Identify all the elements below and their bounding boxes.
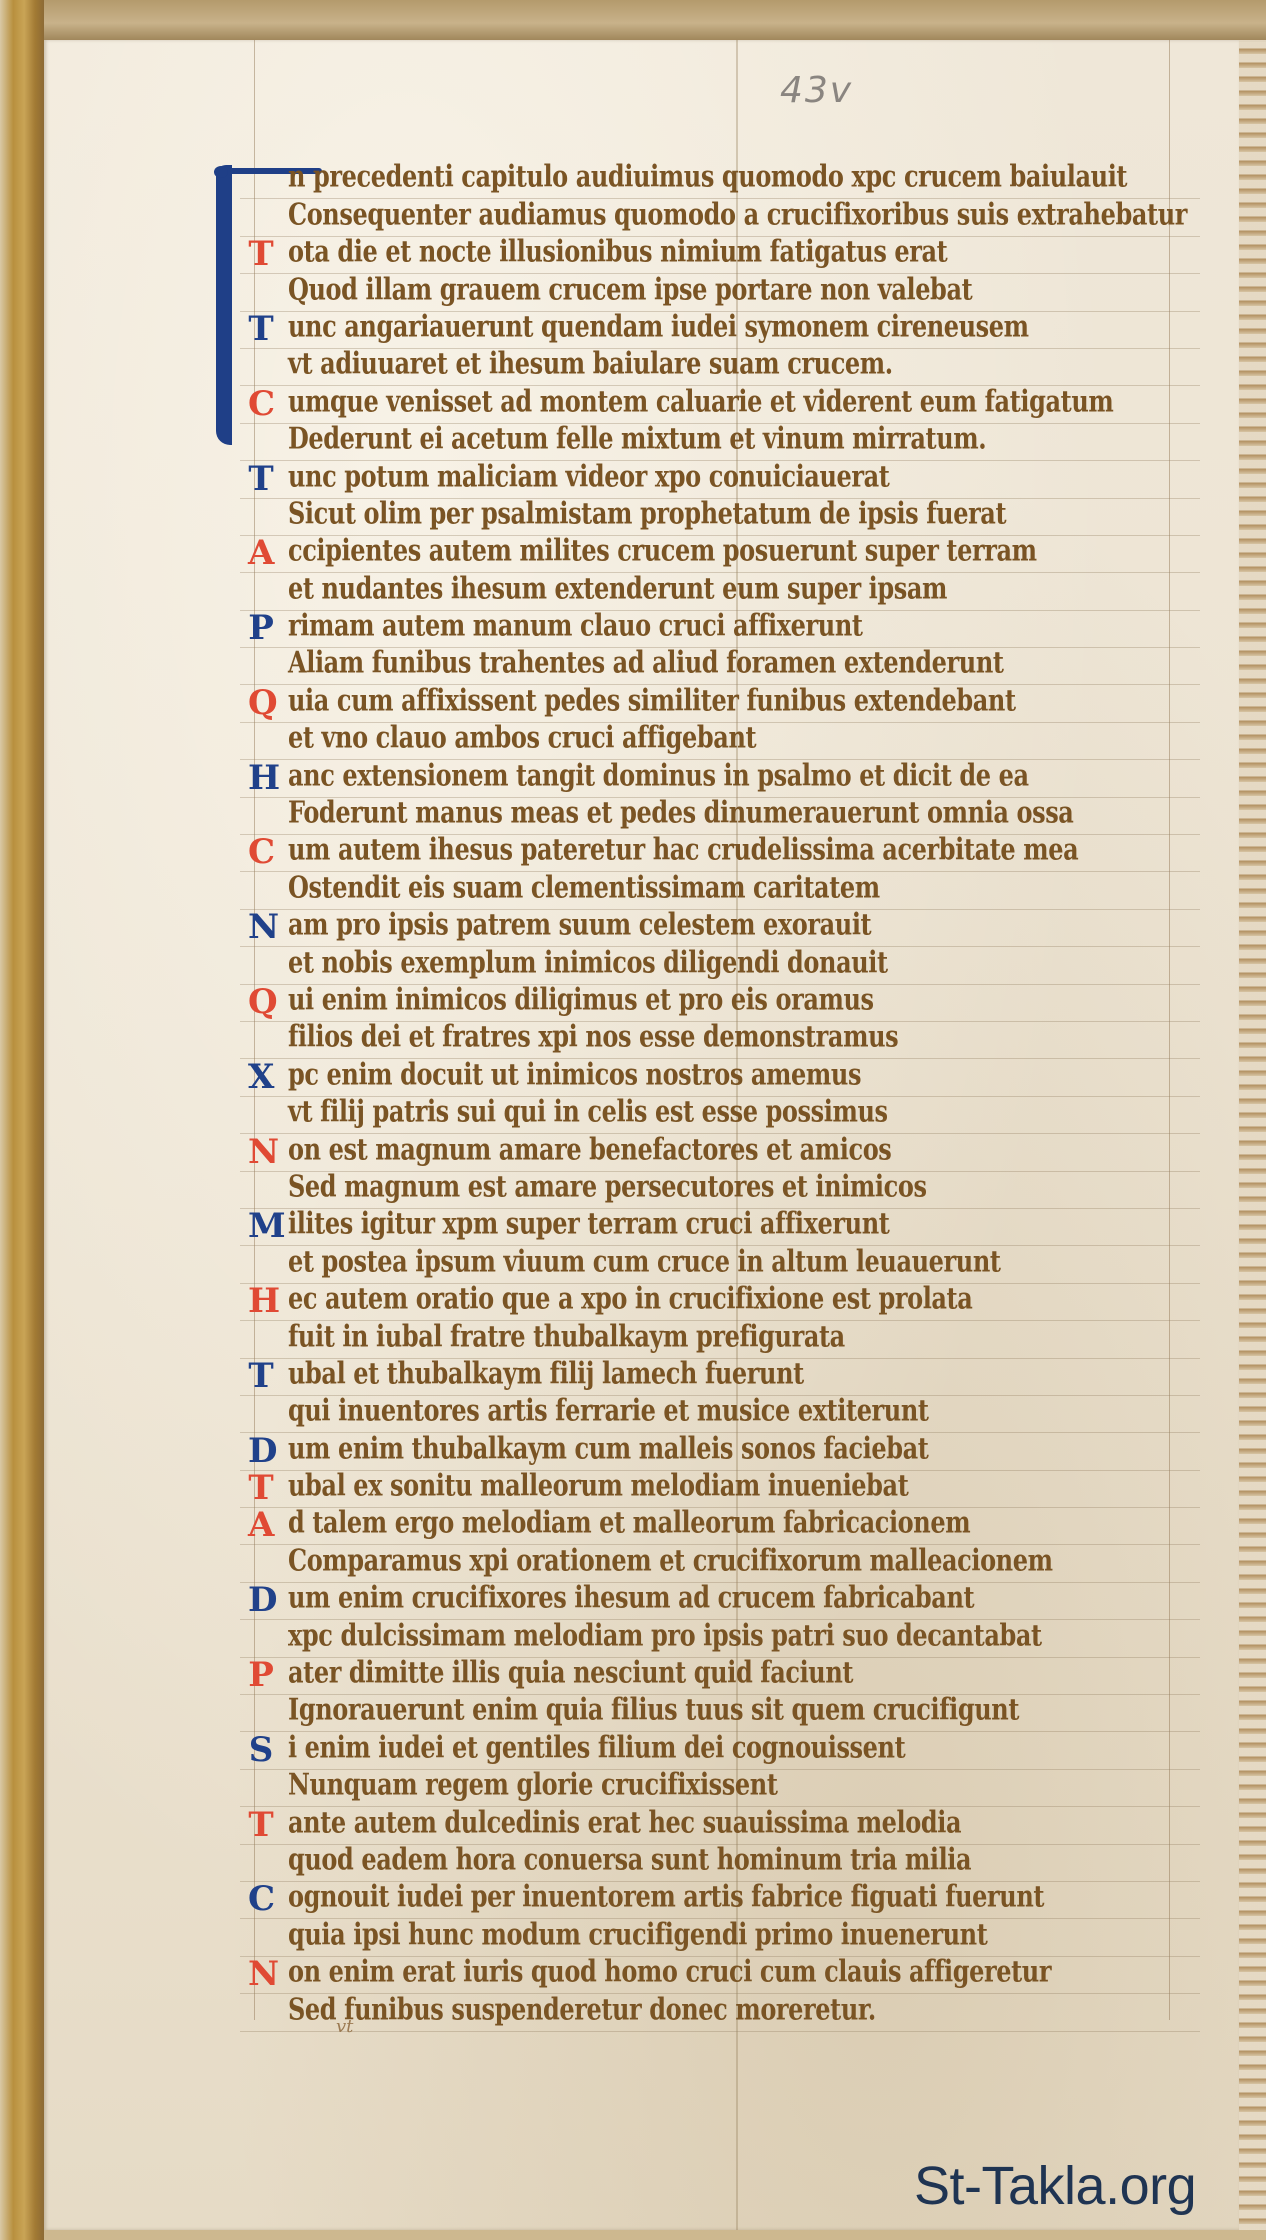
line-text: Sicut olim per psalmistam prophetatum de… (288, 495, 1006, 531)
rubricated-initial: N (248, 1957, 274, 1991)
line-text: Ignorauerunt enim quia filius tuus sit q… (288, 1691, 1019, 1727)
line-text: unc angariauerunt quendam iudei symonem … (288, 308, 1029, 344)
rubricated-initial: T (248, 1359, 274, 1393)
text-line: Pater dimitte illis quia nesciunt quid f… (240, 1658, 1200, 1695)
line-text: ater dimitte illis quia nesciunt quid fa… (288, 1654, 853, 1690)
line-text: Sed magnum est amare persecutores et ini… (288, 1168, 927, 1204)
line-text: umque venisset ad montem caluarie et vid… (288, 382, 1113, 418)
rubricated-initial: C (248, 835, 274, 869)
text-line: Sed magnum est amare persecutores et ini… (240, 1172, 1200, 1209)
rubricated-initial: Q (248, 985, 274, 1019)
text-line: Nam pro ipsis patrem suum celestem exora… (240, 910, 1200, 947)
text-line: Sed funibus suspenderetur donec moreretu… (240, 1994, 1200, 2031)
text-line: Dum enim thubalkaym cum malleis sonos fa… (240, 1433, 1200, 1470)
text-line: Si enim iudei et gentiles filium dei cog… (240, 1732, 1200, 1769)
text-line: Non enim erat iuris quod homo cruci cum … (240, 1957, 1200, 1994)
line-text: et postea ipsum viuum cum cruce in altum… (288, 1242, 1001, 1278)
text-line: quod eadem hora conuersa sunt hominum tr… (240, 1845, 1200, 1882)
text-line: fuit in iubal fratre thubalkaym prefigur… (240, 1321, 1200, 1358)
text-line: filios dei et fratres xpi nos esse demon… (240, 1022, 1200, 1059)
rubricated-initial: T (248, 462, 274, 496)
decorated-initial-terminal (214, 166, 228, 178)
text-line: Non est magnum amare benefactores et ami… (240, 1134, 1200, 1171)
text-line: Dederunt ei acetum felle mixtum et vinum… (240, 424, 1200, 461)
text-line: qui inuentores artis ferrarie et musice … (240, 1396, 1200, 1433)
rubricated-initial: D (248, 1583, 274, 1617)
text-line: Ignorauerunt enim quia filius tuus sit q… (240, 1695, 1200, 1732)
text-line: Quia cum affixissent pedes similiter fun… (240, 685, 1200, 722)
line-text: ubal ex sonitu malleorum melodiam inueni… (288, 1467, 908, 1503)
rubricated-initial: P (248, 1658, 274, 1692)
text-line: Aliam funibus trahentes ad aliud foramen… (240, 648, 1200, 685)
rubricated-initial: T (248, 312, 274, 346)
rubricated-initial: D (248, 1434, 274, 1468)
rubricated-initial: S (248, 1733, 274, 1767)
text-line: Ad talem ergo melodiam et malleorum fabr… (240, 1508, 1200, 1545)
text-line: et nudantes ihesum extenderunt eum super… (240, 573, 1200, 610)
line-text: et nudantes ihesum extenderunt eum super… (288, 569, 947, 605)
text-line: et vno clauo ambos cruci affigebant (240, 723, 1200, 760)
text-line: quia ipsi hunc modum crucifigendi primo … (240, 1919, 1200, 1956)
line-text: pc enim docuit ut inimicos nostros amemu… (288, 1056, 861, 1092)
line-text: ubal et thubalkaym filij lamech fuerunt (288, 1355, 804, 1391)
text-line: Tunc potum maliciam videor xpo conuiciau… (240, 461, 1200, 498)
line-text: vt adiuuaret et ihesum baiulare suam cru… (288, 345, 893, 381)
folio-number: 43v (780, 70, 853, 111)
text-line: n precedenti capitulo audiuimus quomodo … (240, 162, 1200, 199)
line-text: quod eadem hora conuersa sunt hominum tr… (288, 1841, 971, 1877)
line-text: um autem ihesus pateretur hac crudelissi… (288, 831, 1078, 867)
text-line: vt adiuuaret et ihesum baiulare suam cru… (240, 349, 1200, 386)
text-line: Dum enim crucifixores ihesum ad crucem f… (240, 1583, 1200, 1620)
rubricated-initial: N (248, 910, 274, 944)
line-text: anc extensionem tangit dominus in psalmo… (288, 756, 1029, 792)
marginal-note: vt (336, 2016, 353, 2037)
text-line: Hec autem oratio que a xpo in crucifixio… (240, 1284, 1200, 1321)
line-text: fuit in iubal fratre thubalkaym prefigur… (288, 1317, 845, 1353)
text-line: Consequenter audiamus quomodo a crucifix… (240, 199, 1200, 236)
rubricated-initial: C (248, 1882, 274, 1916)
line-text: rimam autem manum clauo cruci affixerunt (288, 607, 863, 643)
rubricated-initial: A (248, 536, 274, 570)
text-line: et postea ipsum viuum cum cruce in altum… (240, 1246, 1200, 1283)
line-text: Ostendit eis suam clementissimam caritat… (288, 869, 880, 905)
watermark: St-Takla.org (914, 2155, 1196, 2217)
rubricated-initial: M (248, 1209, 274, 1243)
text-line: Ostendit eis suam clementissimam caritat… (240, 872, 1200, 909)
text-line: Accipientes autem milites crucem posueru… (240, 536, 1200, 573)
text-line: vt filij patris sui qui in celis est ess… (240, 1097, 1200, 1134)
line-text: ota die et nocte illusionibus nimium fat… (288, 233, 947, 269)
line-text: Dederunt ei acetum felle mixtum et vinum… (288, 420, 986, 456)
line-text: ante autem dulcedinis erat hec suauissim… (288, 1803, 961, 1839)
line-text: Quod illam grauem crucem ipse portare no… (288, 270, 972, 306)
line-text: i enim iudei et gentiles filium dei cogn… (288, 1729, 905, 1765)
line-text: Consequenter audiamus quomodo a crucifix… (288, 196, 1187, 232)
text-line: et nobis exemplum inimicos diligendi don… (240, 947, 1200, 984)
text-line: Hanc extensionem tangit dominus in psalm… (240, 760, 1200, 797)
line-text: Foderunt manus meas et pedes dinumerauer… (288, 794, 1073, 830)
text-line: Sicut olim per psalmistam prophetatum de… (240, 499, 1200, 536)
text-line: Tota die et nocte illusionibus nimium fa… (240, 237, 1200, 274)
line-text: um enim thubalkaym cum malleis sonos fac… (288, 1429, 928, 1465)
line-text: ec autem oratio que a xpo in crucifixion… (288, 1280, 972, 1316)
line-text: filios dei et fratres xpi nos esse demon… (288, 1018, 898, 1054)
line-text: am pro ipsis patrem suum celestem exorau… (288, 906, 871, 942)
text-line: Tubal ex sonitu malleorum melodiam inuen… (240, 1471, 1200, 1508)
line-text: um enim crucifixores ihesum ad crucem fa… (288, 1579, 974, 1615)
rubricated-initial: C (248, 387, 274, 421)
rubricated-initial: N (248, 1135, 274, 1169)
line-text: ccipientes autem milites crucem posuerun… (288, 532, 1037, 568)
page-stack-edges (1239, 40, 1266, 2230)
line-text: et vno clauo ambos cruci affigebant (288, 719, 756, 755)
line-text: unc potum maliciam videor xpo conuiciaue… (288, 457, 889, 493)
rubricated-initial: A (248, 1508, 274, 1542)
text-line: Qui enim inimicos diligimus et pro eis o… (240, 985, 1200, 1022)
rubricated-initial: T (248, 1808, 274, 1842)
line-text: Aliam funibus trahentes ad aliud foramen… (288, 644, 1004, 680)
line-text: xpc dulcissimam melodiam pro ipsis patri… (288, 1616, 1042, 1652)
line-text: d talem ergo melodiam et malleorum fabri… (288, 1504, 970, 1540)
line-text: Nunquam regem glorie crucifixissent (288, 1766, 778, 1802)
text-line: Tunc angariauerunt quendam iudei symonem… (240, 312, 1200, 349)
line-text: Sed funibus suspenderetur donec moreretu… (288, 1990, 876, 2026)
line-text: ognouit iudei per inuentorem artis fabri… (288, 1878, 1044, 1914)
line-text: et nobis exemplum inimicos diligendi don… (288, 943, 888, 979)
rubricated-initial: P (248, 611, 274, 645)
text-line: Xpc enim docuit ut inimicos nostros amem… (240, 1059, 1200, 1096)
binding-top-edge (0, 0, 1266, 42)
text-line: xpc dulcissimam melodiam pro ipsis patri… (240, 1620, 1200, 1657)
line-text: ui enim inimicos diligimus et pro eis or… (288, 981, 874, 1017)
line-text: Comparamus xpi orationem et crucifixorum… (288, 1542, 1053, 1578)
text-line: Quod illam grauem crucem ipse portare no… (240, 274, 1200, 311)
line-text: uia cum affixissent pedes similiter funi… (288, 682, 1016, 718)
text-block: n precedenti capitulo audiuimus quomodo … (240, 162, 1200, 2032)
line-text: qui inuentores artis ferrarie et musice … (288, 1392, 929, 1428)
text-line: Cognouit iudei per inuentorem artis fabr… (240, 1882, 1200, 1919)
line-text: n precedenti capitulo audiuimus quomodo … (288, 158, 1127, 194)
line-text: on est magnum amare benefactores et amic… (288, 1130, 891, 1166)
rubricated-initial: Q (248, 686, 274, 720)
text-line: Tubal et thubalkaym filij lamech fuerunt (240, 1359, 1200, 1396)
text-line: Comparamus xpi orationem et crucifixorum… (240, 1545, 1200, 1582)
text-line: Milites igitur xpm super terram cruci af… (240, 1209, 1200, 1246)
text-line: Tante autem dulcedinis erat hec suauissi… (240, 1807, 1200, 1844)
text-line: Cum autem ihesus pateretur hac crudeliss… (240, 835, 1200, 872)
line-text: on enim erat iuris quod homo cruci cum c… (288, 1953, 1051, 1989)
binding-left-edge (0, 0, 44, 2240)
line-text: ilites igitur xpm super terram cruci aff… (288, 1205, 889, 1241)
line-text: vt filij patris sui qui in celis est ess… (288, 1093, 888, 1129)
line-text: quia ipsi hunc modum crucifigendi primo … (288, 1916, 987, 1952)
text-line: Nunquam regem glorie crucifixissent (240, 1770, 1200, 1807)
text-line: Foderunt manus meas et pedes dinumerauer… (240, 798, 1200, 835)
rubricated-initial: H (248, 761, 274, 795)
text-line: Cumque venisset ad montem caluarie et vi… (240, 386, 1200, 423)
rubricated-initial: X (248, 1060, 274, 1094)
text-line: Primam autem manum clauo cruci affixerun… (240, 611, 1200, 648)
rubricated-initial: T (248, 237, 274, 271)
rubricated-initial: H (248, 1284, 274, 1318)
rubricated-initial: T (248, 1471, 274, 1505)
